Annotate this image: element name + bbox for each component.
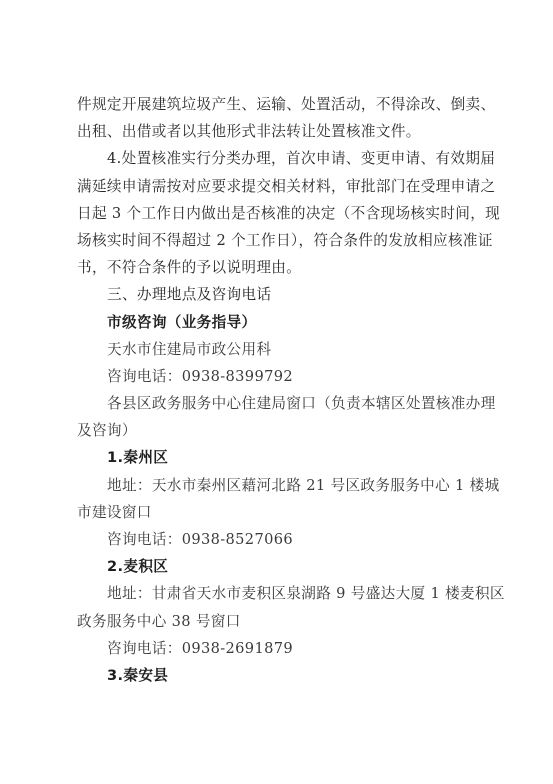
paragraph-line: 出租、出借或者以其他形式非法转让处置核准文件。: [77, 118, 485, 145]
district-phone-maiji: 咨询电话：0938-2691879: [77, 635, 485, 662]
city-phone: 咨询电话：0938-8399792: [77, 363, 485, 390]
district-phone-qinzhou: 咨询电话：0938-8527066: [77, 526, 485, 553]
item-4-line: 满延续申请需按对应要求提交相关材料，审批部门在受理申请之: [77, 173, 485, 200]
district-address-maiji: 地址：甘肃省天水市麦积区泉湖路 9 号盛达大厦 1 楼麦积区: [77, 580, 485, 607]
city-department: 天水市住建局市政公用科: [77, 336, 485, 363]
document-page: 件规定开展建筑垃圾产生、运输、处置活动，不得涂改、倒卖、 出租、出借或者以其他形…: [0, 0, 553, 784]
document-body: 件规定开展建筑垃圾产生、运输、处置活动，不得涂改、倒卖、 出租、出借或者以其他形…: [77, 91, 485, 689]
paragraph-line: 件规定开展建筑垃圾产生、运输、处置活动，不得涂改、倒卖、: [77, 91, 485, 118]
district-address-qinzhou: 地址：天水市秦州区藉河北路 21 号区政务服务中心 1 楼城: [77, 472, 485, 499]
item-4-line: 4.处置核准实行分类办理，首次申请、变更申请、有效期届: [77, 145, 485, 172]
county-intro-line: 各县区政务服务中心住建局窗口（负责本辖区处置核准办理: [77, 390, 485, 417]
district-title-qinan: 3.秦安县: [77, 662, 485, 689]
district-title-qinzhou: 1.秦州区: [77, 444, 485, 471]
district-address-qinzhou: 市建设窗口: [77, 499, 485, 526]
item-4-line: 场核实时间不得超过 2 个工作日），符合条件的发放相应核准证: [77, 227, 485, 254]
district-address-maiji: 政务服务中心 38 号窗口: [77, 608, 485, 635]
item-4-line: 日起 3 个工作日内做出是否核准的决定（不含现场核实时间，现: [77, 200, 485, 227]
section-heading: 三、办理地点及咨询电话: [77, 281, 485, 308]
district-title-maiji: 2.麦积区: [77, 553, 485, 580]
county-intro-line: 及咨询）: [77, 417, 485, 444]
city-level-title: 市级咨询（业务指导）: [77, 309, 485, 336]
item-4-line: 书，不符合条件的予以说明理由。: [77, 254, 485, 281]
